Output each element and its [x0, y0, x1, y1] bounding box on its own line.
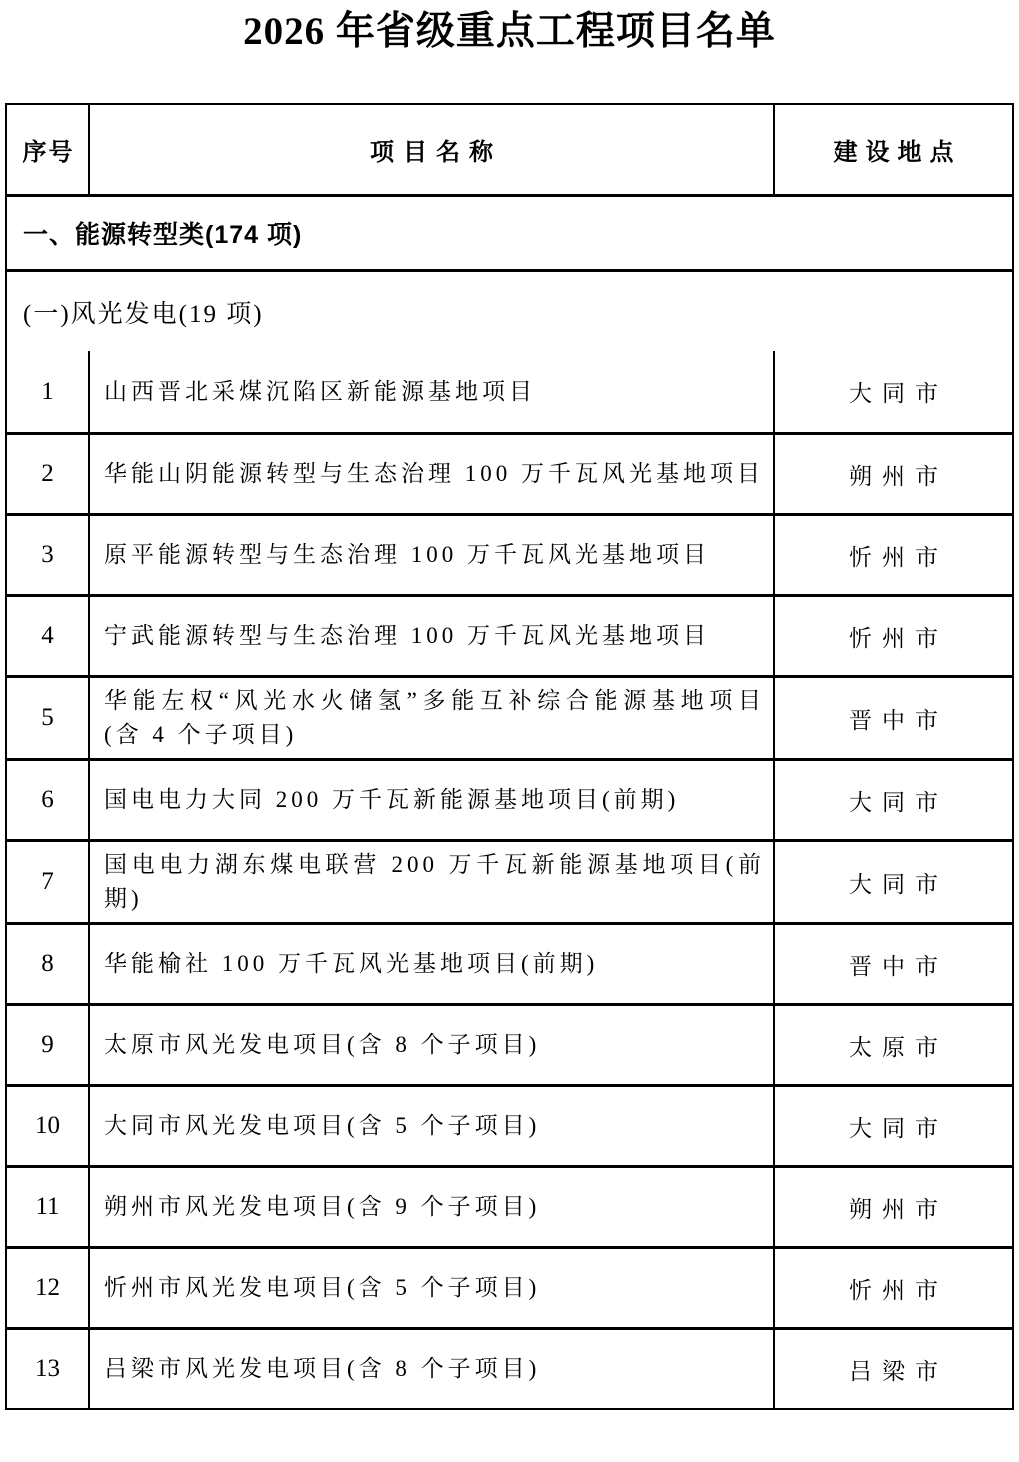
- project-name: 吕梁市风光发电项目(含 8 个子项目): [104, 1352, 765, 1386]
- table-row: 12 忻州市风光发电项目(含 5 个子项目) 忻州市: [7, 1246, 1012, 1327]
- projects-table: 序号 项目名称 建设地点 一、能源转型类(174 项) (一)风光发电(19 项…: [5, 103, 1014, 1410]
- project-location: 朔州市: [775, 435, 1012, 513]
- page-title: 2026 年省级重点工程项目名单: [5, 0, 1014, 60]
- table-row: 8 华能榆社 100 万千瓦风光基地项目(前期) 晋中市: [7, 922, 1012, 1003]
- project-name: 华能左权“风光水火储氢”多能互补综合能源基地项目(含 4 个子项目): [104, 684, 765, 752]
- table-row: 7 国电电力湖东煤电联营 200 万千瓦新能源基地项目(前期) 大同市: [7, 839, 1012, 922]
- header-project-name: 项目名称: [90, 105, 775, 194]
- row-index: 11: [7, 1168, 90, 1246]
- project-name: 华能山阴能源转型与生态治理 100 万千瓦风光基地项目: [104, 457, 765, 491]
- table-row: 6 国电电力大同 200 万千瓦新能源基地项目(前期) 大同市: [7, 758, 1012, 839]
- row-index: 3: [7, 516, 90, 594]
- table-row: 13 吕梁市风光发电项目(含 8 个子项目) 吕梁市: [7, 1327, 1012, 1408]
- title-gap: [5, 60, 1014, 103]
- section-row-subcategory: (一)风光发电(19 项): [7, 269, 1012, 351]
- project-location: 晋中市: [775, 925, 1012, 1003]
- project-location: 忻州市: [775, 516, 1012, 594]
- header-index: 序号: [7, 105, 90, 194]
- project-name: 原平能源转型与生态治理 100 万千瓦风光基地项目: [104, 538, 765, 572]
- table-row: 5 华能左权“风光水火储氢”多能互补综合能源基地项目(含 4 个子项目) 晋中市: [7, 675, 1012, 758]
- row-index: 10: [7, 1087, 90, 1165]
- table-header-row: 序号 项目名称 建设地点: [7, 105, 1012, 194]
- project-location: 大同市: [775, 761, 1012, 839]
- header-location: 建设地点: [775, 105, 1012, 194]
- row-index: 6: [7, 761, 90, 839]
- project-location: 大同市: [775, 351, 1012, 432]
- project-name: 朔州市风光发电项目(含 9 个子项目): [104, 1190, 765, 1224]
- table-row: 3 原平能源转型与生态治理 100 万千瓦风光基地项目 忻州市: [7, 513, 1012, 594]
- document-page: 2026 年省级重点工程项目名单 序号 项目名称 建设地点 一、能源转型类(17…: [5, 0, 1014, 1410]
- section-row-category: 一、能源转型类(174 项): [7, 194, 1012, 269]
- row-index: 8: [7, 925, 90, 1003]
- row-index: 1: [7, 351, 90, 432]
- project-name: 大同市风光发电项目(含 5 个子项目): [104, 1109, 765, 1143]
- project-location: 大同市: [775, 842, 1012, 922]
- row-index: 4: [7, 597, 90, 675]
- project-name: 宁武能源转型与生态治理 100 万千瓦风光基地项目: [104, 619, 765, 653]
- row-index: 2: [7, 435, 90, 513]
- project-location: 忻州市: [775, 1249, 1012, 1327]
- table-row: 2 华能山阴能源转型与生态治理 100 万千瓦风光基地项目 朔州市: [7, 432, 1012, 513]
- project-location: 忻州市: [775, 597, 1012, 675]
- project-name: 太原市风光发电项目(含 8 个子项目): [104, 1028, 765, 1062]
- project-name: 国电电力大同 200 万千瓦新能源基地项目(前期): [104, 783, 765, 817]
- row-index: 7: [7, 842, 90, 922]
- row-index: 12: [7, 1249, 90, 1327]
- project-location: 大同市: [775, 1087, 1012, 1165]
- row-index: 13: [7, 1330, 90, 1408]
- project-name: 山西晋北采煤沉陷区新能源基地项目: [104, 375, 765, 409]
- project-location: 太原市: [775, 1006, 1012, 1084]
- table-row: 9 太原市风光发电项目(含 8 个子项目) 太原市: [7, 1003, 1012, 1084]
- table-row: 4 宁武能源转型与生态治理 100 万千瓦风光基地项目 忻州市: [7, 594, 1012, 675]
- project-location: 吕梁市: [775, 1330, 1012, 1408]
- row-index: 9: [7, 1006, 90, 1084]
- table-row: 1 山西晋北采煤沉陷区新能源基地项目 大同市: [7, 351, 1012, 432]
- project-name: 国电电力湖东煤电联营 200 万千瓦新能源基地项目(前期): [104, 848, 765, 916]
- row-index: 5: [7, 678, 90, 758]
- project-location: 朔州市: [775, 1168, 1012, 1246]
- table-row: 10 大同市风光发电项目(含 5 个子项目) 大同市: [7, 1084, 1012, 1165]
- project-name: 忻州市风光发电项目(含 5 个子项目): [104, 1271, 765, 1305]
- project-name: 华能榆社 100 万千瓦风光基地项目(前期): [104, 947, 765, 981]
- project-location: 晋中市: [775, 678, 1012, 758]
- table-row: 11 朔州市风光发电项目(含 9 个子项目) 朔州市: [7, 1165, 1012, 1246]
